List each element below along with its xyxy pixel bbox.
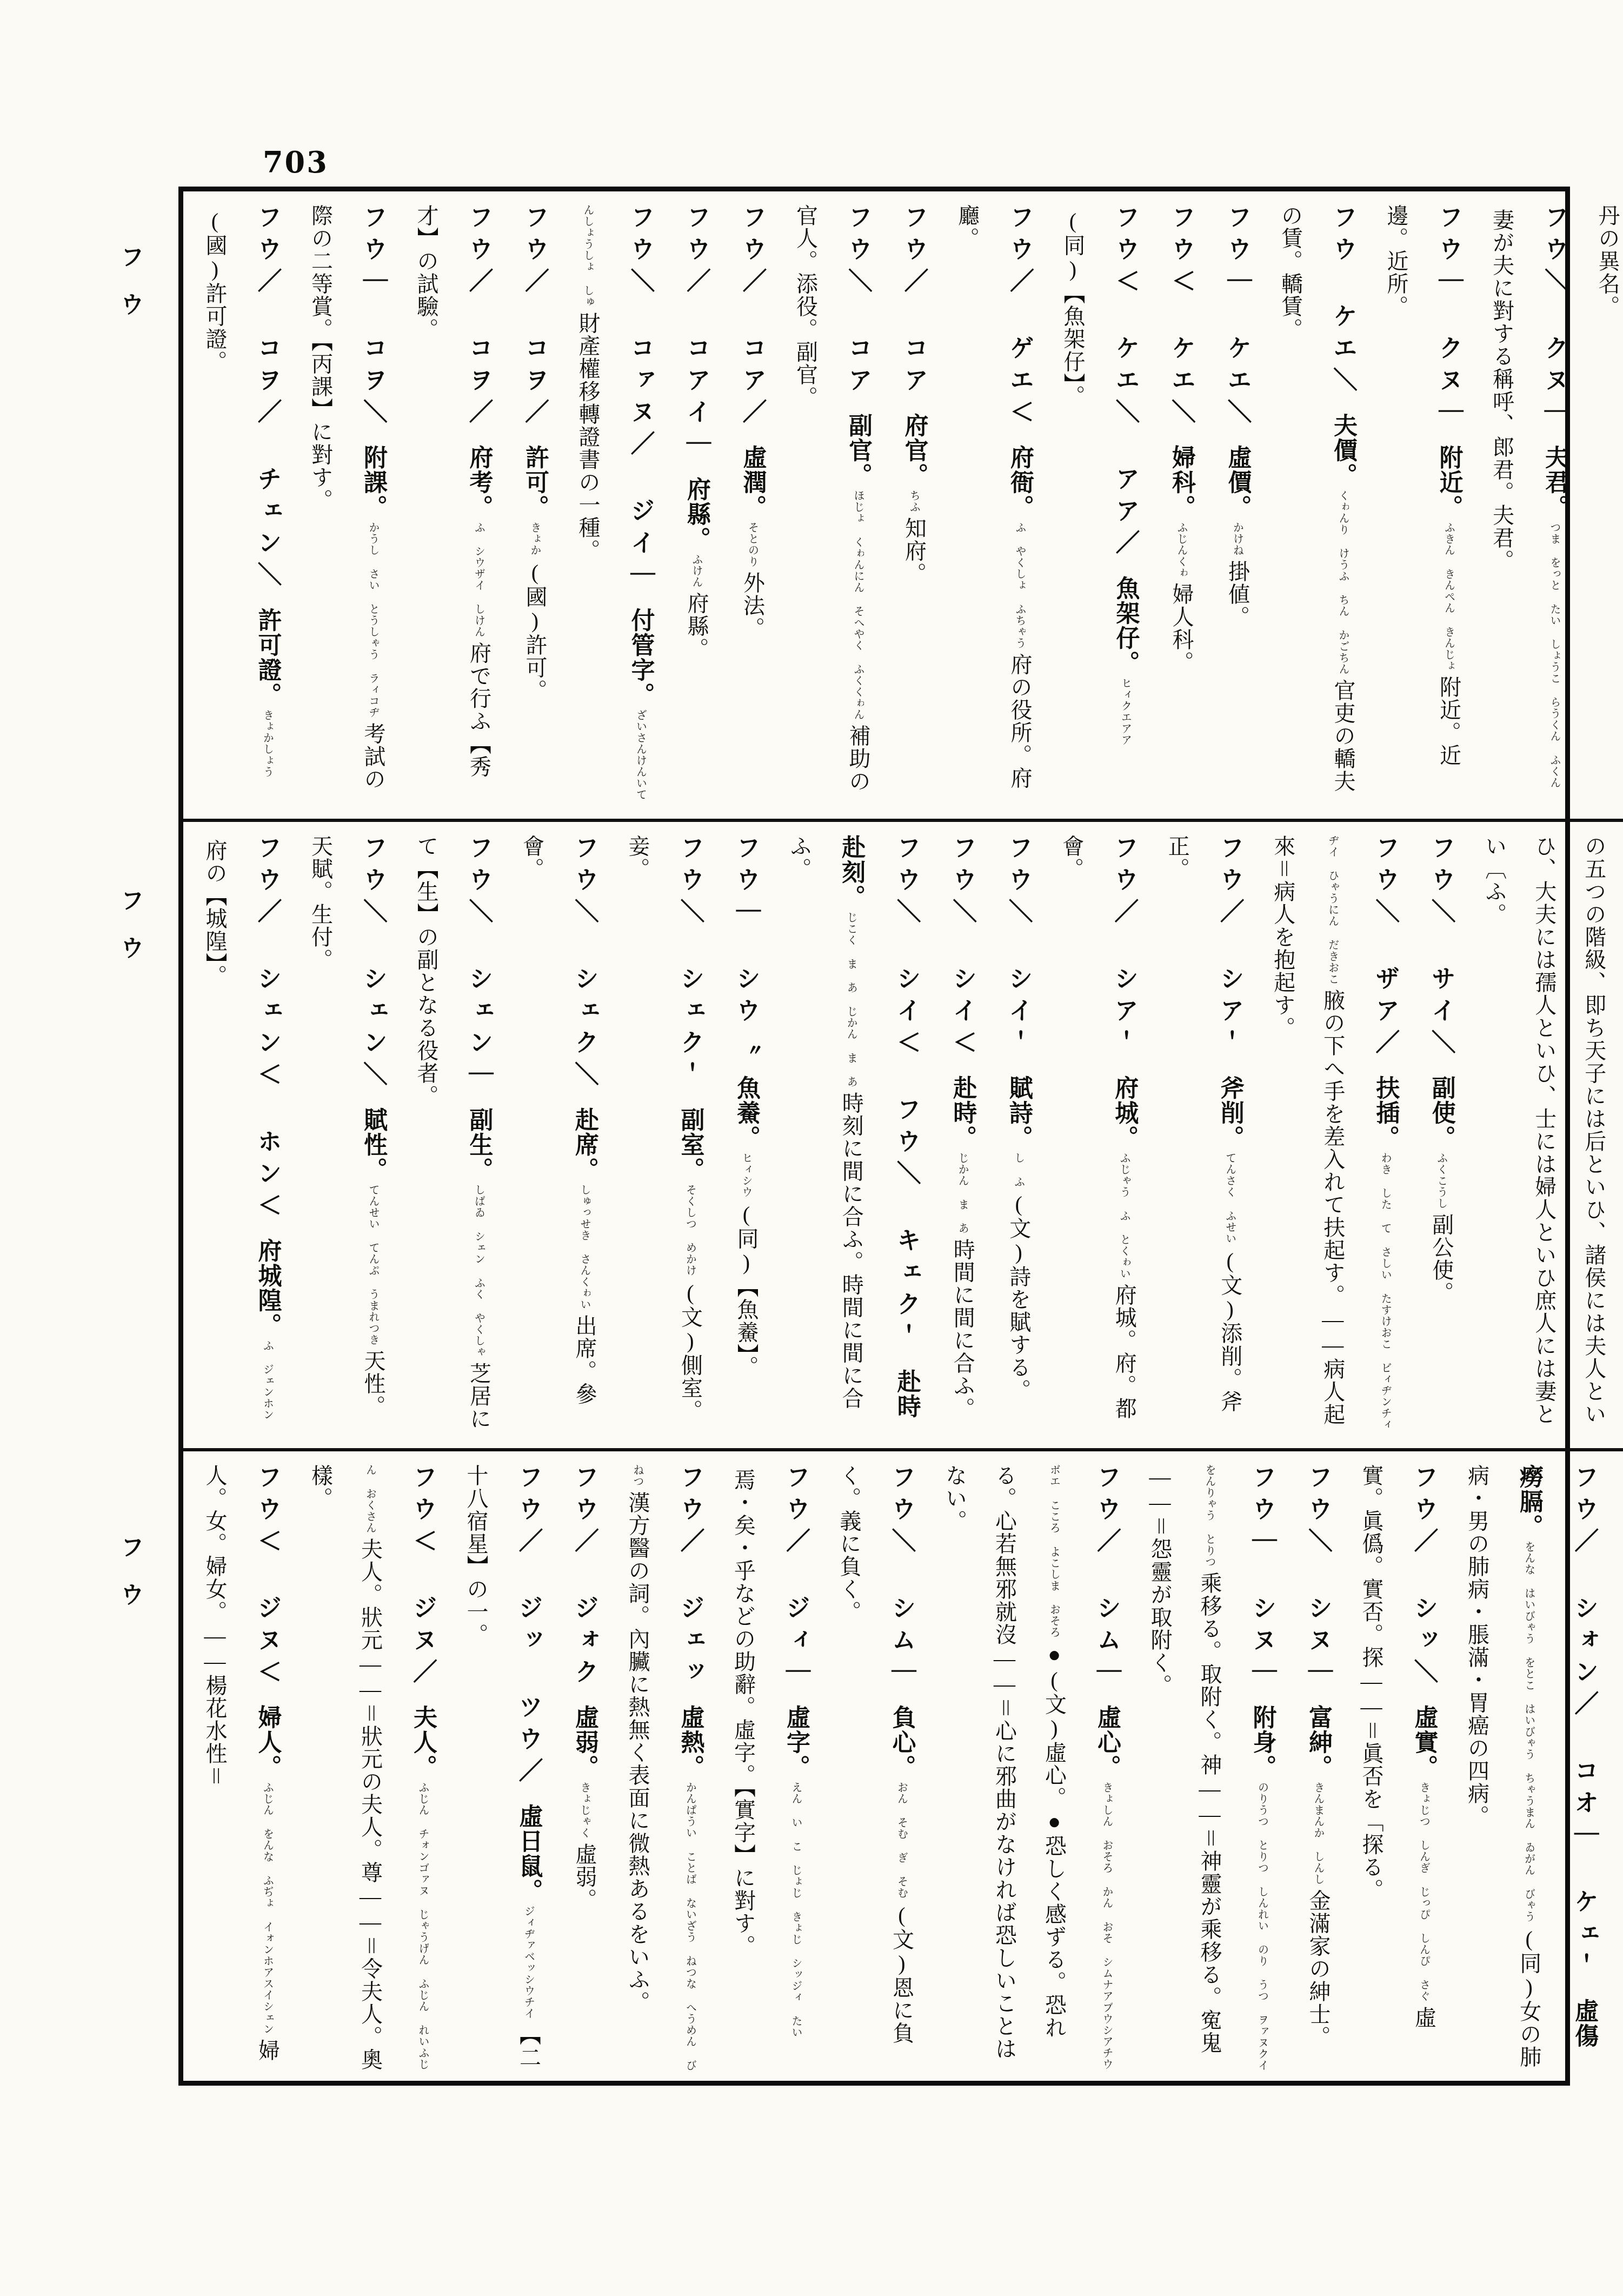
entry-headword: 虛實。 [1411,1705,1438,1780]
entry-furigana: てんさく ふせい [1224,1152,1236,1244]
entry-pronunciation: フウ／ ジォク [571,1464,598,1691]
dictionary-entry: フウ／ コア府官。ちふ知府。 [886,204,942,809]
entry-headword: 虛字。 [783,1705,809,1780]
entry-headword: 府考。 [466,445,493,520]
entry-pronunciation: フウ／ ゲエ＜ [1006,204,1034,431]
entry-furigana: ヒィクエアア [1120,678,1132,746]
entry-headword: 負心。 [889,1705,915,1780]
dictionary-entry: フウ／ ジォク虛弱。きょじゃく虛弱。 [557,1464,613,2071]
entry-headword: 賦性。 [360,1107,387,1182]
dictionary-entry: フウ＼ サイ＼副使。ふくこうし副公使。 [1413,835,1469,1438]
entry-pronunciation: フウ＼ ザア／ [1372,835,1399,1061]
dictionary-page-frame: ふうき てん さだ ところ よ＝富貴は天の定むる所に由る。――在天＝富貴は天にあ… [178,187,1570,2086]
entry-pronunciation: フウ／ ジッ ツウ／ [515,1464,543,1790]
entry-furigana: ふじゃう ふ とくゎい [1118,1152,1130,1279]
entry-pronunciation: フウ＼ コア [844,204,872,399]
entry-gloss: 掛値。 [1226,560,1250,628]
entry-gloss: (文)詩を賦する。 [1007,1192,1031,1402]
margin-index-label-fu-1: フウ [112,244,147,340]
entry-headword: 虛心。 [1094,1705,1120,1780]
entry-gloss: 府縣。 [684,592,709,660]
entry-gloss: 副公使。 [1429,1213,1454,1304]
dictionary-entry: フウ＜ ケエ＼ アア／魚架仔。ヒィクエアア(同)【魚架仔】。 [1048,204,1154,809]
entry-pronunciation: フウ／ ジェッ [677,1464,704,1691]
entry-headword: 虛熱。 [677,1705,704,1780]
entry-gloss: 知府。 [902,517,927,585]
dictionary-entry: フウ／ シォン／ コオ｜ ケェ＇虛傷癆膈。をんな はいびゃう をとこ はいびゃう… [1452,1464,1613,2071]
entry-headword: 虛潤。 [740,445,766,520]
entry-gloss: 漢方醫の詞。內臟に熱無く表面に微熱あるをいふ。 [626,1491,650,2014]
entry-furigana: じかん ま あ [956,1152,968,1234]
entry-furigana: ふ ジェンホン [262,1340,274,1421]
entry-gloss: 婦人の五つの階級、即ち天子には后といひ、諸侯には夫人といひ、大夫には孺人といひ、… [1482,835,1623,1425]
entry-pronunciation: フウ＜ ケエ＼ アア／ [1112,204,1140,562]
entry-pronunciation: フウ｜ シウ〝 [733,835,760,1061]
entry-furigana: きょかしょう [262,709,274,778]
dictionary-entry: フウ｜ ゴオ｜ チェン／婦五等。ふじん いつ かいきふ すなは てんし こう し… [1469,835,1623,1438]
entry-pronunciation: フウ／ シッ＼ [1411,1464,1438,1691]
entry-furigana: ふじん をんな ふぢょ イォンホアスイシェン [262,1782,274,2035]
dictionary-entry: フウ／ コヲ／府考。ふ シウザイ しけん府で行ふ【秀才】の試驗。 [401,204,507,809]
entry-headword: 府城。 [1111,1076,1138,1150]
entry-pronunciation: フウ＼ シェン｜ [465,835,493,1093]
dictionary-entry: フウ｜ コヲ＼附課。かうし さい とうしゃう ラィコヂ考試の際の二等賞。【丙課】… [296,204,402,809]
page-number: 703 [263,145,329,180]
entry-headword: 副室。 [677,1107,704,1182]
entry-gloss: 虛弱。 [573,1843,597,1911]
entry-gloss: 時間に間に合ふ。 [950,1238,975,1420]
entry-furigana: ちふ [908,490,920,513]
dictionary-entry: フウ＜ ジヌ＜婦人。ふじん をんな ふぢょ イォンホアスイシェン婦人。女。婦女。… [190,1464,296,2071]
entry-headword: 府官。 [901,413,928,488]
entry-headword: 副使。 [1428,1076,1455,1150]
entry-furigana: きょか [529,522,541,556]
entry-pronunciation: フウ＼ シイ＇ [1005,835,1033,1061]
entry-headword: 虛弱。 [571,1705,598,1780]
dictionary-entry: フウ／ ゲエ＜府衙。ふ やくしょ ふちゃう府の役所。府廳。 [942,204,1048,809]
dictionary-entry: フウ＼ シェン｜副生。しばゐ シェン ふく やくしゃ芝居にて【生】の副となる役者… [401,835,507,1438]
dictionary-entry: フウ＜ ジヌ／夫人。ふじん チォンゴァヌ じゃうげん ふじん れいふじん おくさ… [296,1464,451,2071]
entry-pronunciation: フウ／ コアイ｜ [683,204,710,463]
entry-furigana: し ふ [1013,1152,1025,1187]
entry-furigana: きょじゃく [578,1782,590,1839]
entry-furigana: おん そむ ぎ そむ [896,1782,908,1899]
dictionary-entry: フウ／ シア＇府城。ふじゃう ふ とくゎい府城。府。都會。 [1047,835,1153,1438]
entry-pronunciation: フウ／ コア／ [739,204,767,431]
dictionary-entry: フウ＜ ケエ＼婦科。ふじんくゎ婦人科。 [1154,204,1210,809]
entry-gloss: 府の【城隍】。 [203,839,227,987]
entry-pronunciation: フウ＼ シム｜ [888,1464,916,1691]
entry-pronunciation: フウ＼ シェク＼ [571,835,598,1093]
entry-furigana: ふきん きんぺん きんじょ [1443,522,1455,672]
dictionary-entry: フウ＼ シム｜負心。おん そむ ぎ そむ(文)恩に負く。義に負く。 [824,1464,930,2071]
entry-headword: 府衙。 [1007,445,1033,520]
dictionary-band-bottom: フウ＼ シォク＇父叔。ちち おとうと をぢ(文)父の弟。叔父。フウ｜ シォク＼附… [183,1448,1623,2081]
entry-pronunciation: フウ｜ シヌ｜ [1249,1464,1276,1691]
dictionary-entry: フウ＼ クイ＼ ホエ＼富貴花。ぼたん いみゃう牡丹の異名。 [1582,204,1623,809]
dictionary-entry: フウ／ ジッ ツウ／虛日鼠。ジィヂァベッシウチイ【二十八宿星】の一。 [451,1464,557,2071]
dictionary-entry: フウ＼ シェク＇副室。そくしつ めかけ(文)側室。妾。 [613,835,719,1438]
entry-headword: 夫人。 [410,1705,436,1780]
entry-furigana: ジィヂァベッシウチイ [523,1906,535,2019]
entry-pronunciation: フウ／ シォン／ コオ｜ ケェ＇ [1571,1464,1598,1985]
entry-headword: 府城隍。 [255,1238,281,1338]
dictionary-entry: フウ／ シム｜虛心。きょしん おそろ かん おそ シムナアブウシアチウボエ ここ… [930,1464,1135,2071]
entry-headword: 夫君。 [1541,445,1568,520]
entry-furigana: そくしつ めかけ [684,1184,696,1276]
entry-furigana: かうし さい とうしゃう ラィコヂ [367,522,379,718]
entry-furigana: えん い こ じょじ きょじ シッジィ たい [790,1782,802,2038]
entry-gloss: (國)許可。 [523,560,547,702]
dictionary-entry: フウ＼ ザア／扶插。わき した て さしい たすけおこ ビィヂンチィヂイ ひゃう… [1258,835,1414,1438]
dictionary-entry: フウ／ コア／虛潤。そとのり外法。 [724,204,781,809]
dictionary-entry: フウ＼ シォン｜負傷。ふしゃう けが ておひ(國)負傷。怪我。手負。 [1612,1464,1623,2071]
entry-gloss: 金滿家の紳士。 [1306,1889,1331,2048]
entry-furigana: ふ シウザイ しけん [473,522,485,638]
entry-gloss: 財產權移轉證書の一種。 [576,312,600,562]
entry-gloss: (同)【魚鯗】。 [734,1202,759,1378]
dictionary-entry: フウ／ シッ＼虛實。きょじつ しんぎ じっぴ しんぴ さぐ虛實。眞僞。實否。探―… [1346,1464,1452,2071]
entry-pronunciation: フウ／ コア [901,204,928,399]
entry-headword: 附近。 [1436,445,1462,520]
entry-pronunciation: フウ｜ ケエ＼ [1224,204,1252,431]
dictionary-entry: フウ｜ シヌ｜附身。のりうつ とりつ しんれい のり うつ ヲァヌクイ をんりゃ… [1135,1464,1291,2071]
entry-pronunciation: フウ＜ ケエ＼ [1168,204,1195,431]
entry-headword: 魚鯗。 [733,1076,760,1150]
entry-furigana: きょじつ しんぎ じっぴ しんぴ さぐ [1418,1782,1430,2002]
entry-headword: 赴時。 [949,1076,976,1150]
entry-furigana: くゎんり けうふ ちん かごちん [1337,490,1349,675]
entry-pronunciation: フウ／ シア＇ [1216,835,1244,1061]
entry-furigana: つま をっと たい しょうこ らうくん ふくん [1548,522,1560,788]
entry-pronunciation: フウ／ シア＇ [1110,835,1138,1061]
entry-furigana: ヒィシウ [740,1152,752,1198]
entry-furigana: かけね [1232,522,1243,556]
margin-index-label-fu-3: フウ [112,1535,147,1630]
entry-gloss: 夫人。狀元――＝狀元の夫人。尊――＝令夫人。奧樣。 [309,1464,383,2071]
entry-headword: 府縣。 [683,477,710,552]
dictionary-entry: フウ／ ジィ｜虛字。えん い こ じょじ きょじ シッジィ たい焉・矣・乎などの… [719,1464,824,2071]
entry-pronunciation: フウ／ コヲ／ チェン＼ [254,204,282,594]
dictionary-entry: フウ＼ シヌ｜富紳。きんまんか しんし金滿家の紳士。 [1291,1464,1347,2071]
entry-headword: 扶插。 [1372,1076,1399,1150]
entry-furigana: ふけん [690,554,702,588]
entry-gloss: 婦人科。 [1169,583,1194,674]
dictionary-entry: フウ＼ コア副官。ほじょ くゎんにん そへやく ふくくゎん補助の官人。添役。副官… [781,204,887,809]
entry-pronunciation: フウ／ ジィ｜ [782,1464,810,1691]
entry-headword: 副生。 [466,1107,493,1182]
entry-headword: 賦詩。 [1006,1076,1032,1150]
entry-furigana: そとのり [747,522,759,567]
dictionary-entry: フウ／ シア＇斧削。てんさく ふせい(文)添削。斧正。 [1152,835,1258,1438]
dictionary-entry: フウ／ コアイ｜府縣。ふけん府縣。 [669,204,725,809]
entry-headword: 富紳。 [1305,1705,1332,1780]
entry-furigana: ふくこうし [1435,1152,1447,1209]
dictionary-entry: フウ／ シェン＜ ホン＜府城隍。ふ ジェンホン府の【城隍】。 [190,835,296,1438]
dictionary-entry: フウ＼ シェン＼賦性。てんせい てんぷ うまれつき天性。天賦。生付。 [296,835,402,1438]
entry-pronunciation: フウ＼ シェン＼ [360,835,387,1093]
entry-gloss: 妻が夫に對する稱呼、郎君。夫君。 [1490,209,1514,572]
entry-headword: 付管字。 [628,608,654,707]
entry-headword: 附身。 [1249,1705,1276,1780]
entry-pronunciation: フウ／ コヲ／ [521,204,549,431]
entry-pronunciation: フウ／ コヲ／ [465,204,493,431]
entry-furigana: ふじんくゎ [1175,522,1187,579]
entry-furigana: しばゐ シェン ふく やくしゃ [473,1184,485,1358]
entry-headword: 赴席。 [571,1107,598,1182]
entry-gloss: 焉・矣・乎などの助辭。虛字。【實字】に對す。 [731,1469,756,1957]
entry-furigana: をんな はいびゃう をとこ はいびゃう ちゃうまん ゐがん びゃう [1523,1541,1535,1922]
entry-furigana: てんせい てんぷ うまれつき [367,1184,379,1345]
entry-headword: 婦人。 [255,1705,281,1780]
entry-headword: 副官。 [845,413,872,488]
entry-gloss: 牡丹の異名。 [1595,204,1623,797]
entry-headword: 婦科。 [1168,445,1195,520]
dictionary-entry: フウ／ コヲ／許可。きょか(國)許可。 [507,204,563,809]
entry-headword: 附課。 [360,445,387,520]
dictionary-entry: フウ｜ シウ〝魚鯗。ヒィシウ(同)【魚鯗】。 [719,835,775,1438]
entry-furigana: じこく ま あ じかん ま あ [845,912,857,1087]
entry-furigana: ふ やくしょ ふちゃう [1014,522,1026,649]
entry-pronunciation: フウ＼ シヌ｜ [1305,1464,1332,1691]
entry-headword: 許可。 [522,445,548,520]
dictionary-entry: フウ｜ ケエ＼虛價。かけね掛値。 [1209,204,1266,809]
dictionary-entry: フウ｜ クヌ｜附近。ふきん きんぺん きんじょ附近。近邊。近所。 [1371,204,1477,809]
dictionary-entry: フウ＼ シイ＇賦詩。し ふ(文)詩を賦する。 [990,835,1047,1438]
entry-headword: 魚架仔。 [1113,576,1139,675]
entry-pronunciation: フウ＜ ジヌ＜ [254,1464,282,1691]
entry-pronunciation: フウ ケエ＼ [1329,204,1357,399]
entry-headword: 斧削。 [1217,1076,1243,1150]
entry-pronunciation: フウ＼ シイ＜ フウ＼ キェク＇ [893,835,921,1355]
dictionary-entry: フウ＼ クヌ｜夫君。つま をっと たい しょうこ らうくん ふくん妻が夫に對する… [1477,204,1583,809]
dictionary-entry: フウ＼ シイ＜赴時。じかん ま あ時間に間に合ふ。 [935,835,991,1438]
entry-gloss: (同)【魚架仔】。 [1061,209,1085,408]
dictionary-entry: フウ ケエ＼夫價。くゎんり けうふ ちん かごちん官吏の轎夫の賃。轎賃。 [1266,204,1372,809]
margin-index-label-fu-2: フウ [112,888,147,983]
entry-pronunciation: フウ／ シェン＜ ホン＜ [254,835,282,1224]
entry-headword: 虛價。 [1225,445,1251,520]
dictionary-entry: フウ／ コヲ／ チェン＼許可證。きょかしょう(國)許可證。 [190,204,296,809]
dictionary-entry: フウ＼ シイ＜ フウ＼ キェク＇赴時赴刻。じこく ま あ じかん ま あ時刻に間… [774,835,935,1438]
entry-pronunciation: フウ／ シム｜ [1093,1464,1121,1691]
entry-gloss: 外法。 [741,572,765,640]
entry-pronunciation: フウ＜ ジヌ／ [409,1464,437,1691]
dictionary-entry: フウ＼ シェク＼赴席。しゅっせき さんくゎい出席。參會。 [507,835,613,1438]
entry-pronunciation: フウ＼ シイ＜ [949,835,976,1061]
dictionary-band-middle: フウ＼ コク＼ キォン＜ ピェン｜富國强兵。ふこくきゃうへい(文)富國强兵。フウ… [183,819,1623,1448]
entry-gloss: (國)許可證。 [203,209,227,373]
entry-pronunciation: フウ｜ コヲ＼ [360,204,387,431]
entry-headword: 許可證。 [255,608,281,707]
entry-pronunciation: フウ＼ シェク＇ [677,835,704,1093]
entry-pronunciation: フウ＼ サイ＼ [1428,835,1455,1061]
entry-pronunciation: フウ＼ コァヌ／ ジイ｜ [627,204,655,594]
entry-pronunciation: フウ｜ クヌ｜ [1435,204,1463,431]
entry-headword: 夫價。 [1330,413,1356,488]
entry-headword: 虛日鼠。 [516,1804,542,1903]
entry-pronunciation: フウ＼ クヌ｜ [1541,204,1568,431]
dictionary-entry: フウ／ ジェッ虛熱。かんぱうい ことば ないざう ねつな へうめん びねつ漢方醫… [613,1464,719,2071]
entry-furigana: しゅっせき さんくゎい [578,1184,590,1310]
dictionary-band-top: ふうき てん さだ ところ よ＝富貴は天の定むる所に由る。――在天＝富貴は天にあ… [183,191,1623,819]
entry-furigana: ほじょ くゎんにん そへやく ふくくゎん [852,490,864,720]
dictionary-entry: フウ＼ コァヌ／ ジイ｜付管字。ざいさんけんいてんしょうしょ しゅ財產權移轉證書… [563,204,669,809]
entry-furigana: きんまんか しんし [1312,1782,1324,1885]
